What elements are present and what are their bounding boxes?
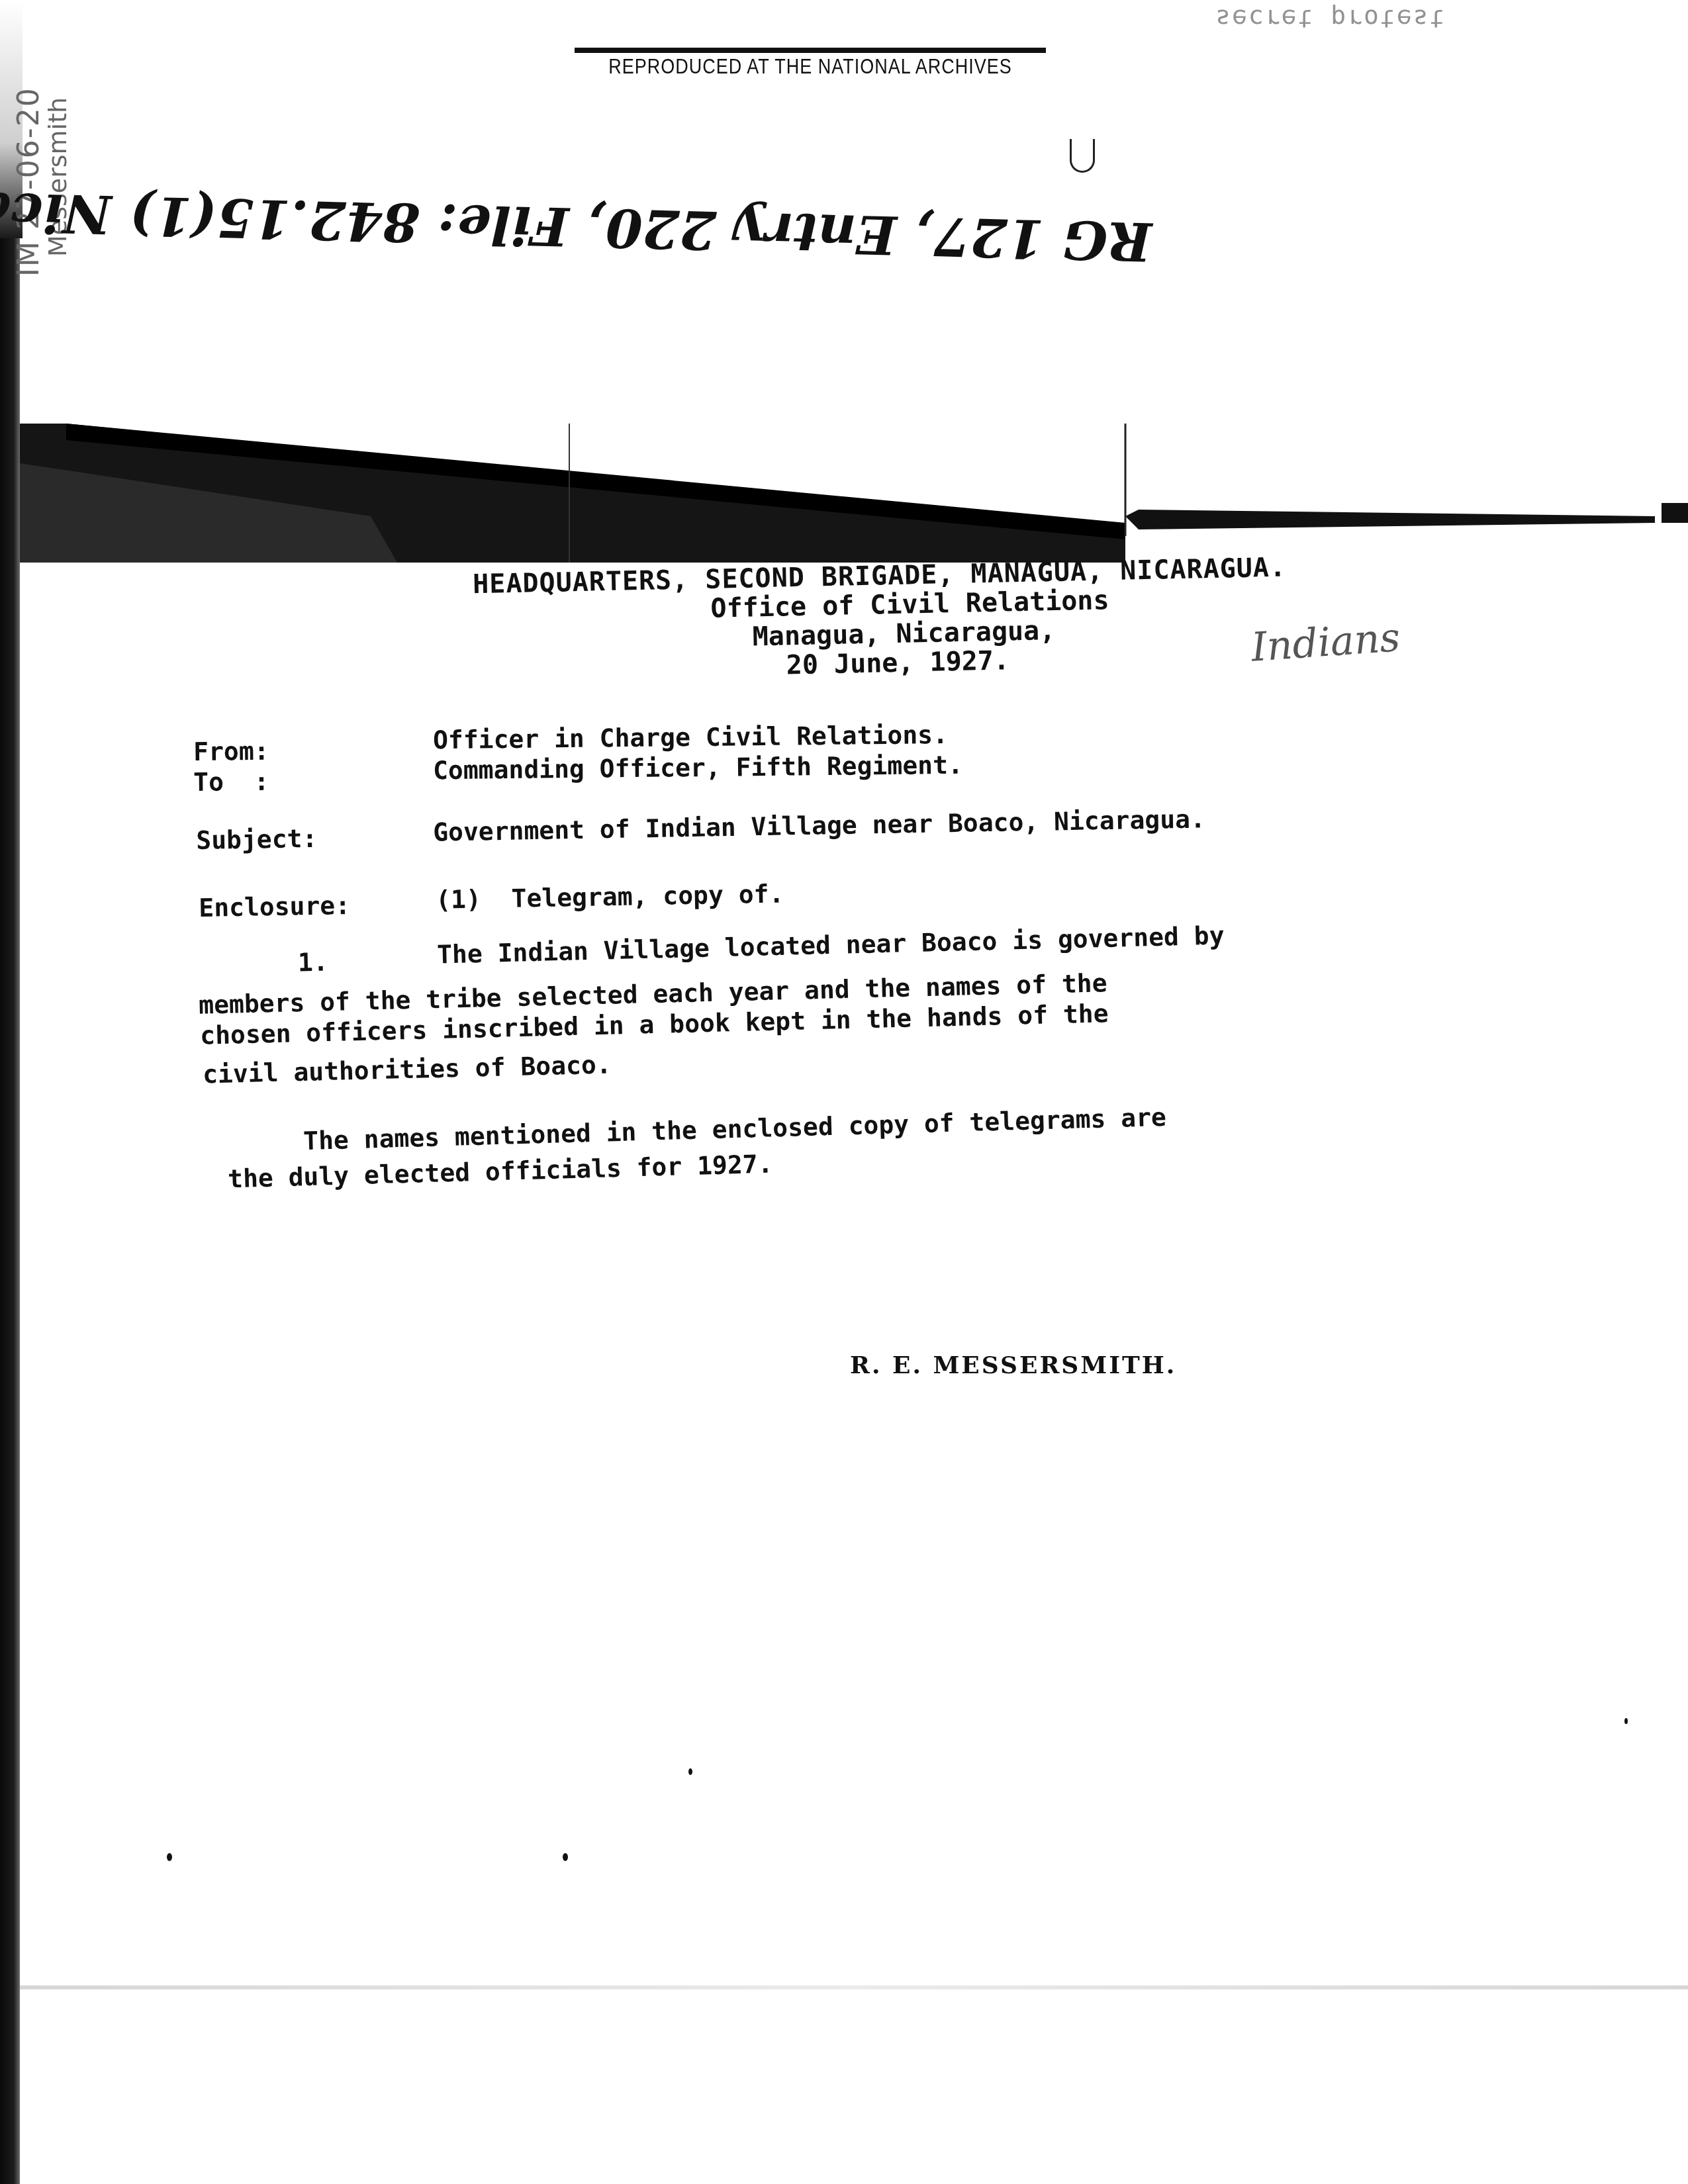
enclosure-label: Enclosure: <box>199 891 351 923</box>
mirrored-stamp-text: secret protest <box>1215 4 1446 33</box>
archive-stamp-bar <box>575 48 1046 53</box>
binding-edge <box>0 0 20 2184</box>
from-label: From: <box>193 737 269 766</box>
ink-speck <box>167 1853 172 1861</box>
paragraph-2-line-2: the duly elected officials for 1927. <box>228 1154 773 1190</box>
page-bottom-edge <box>20 1985 1688 1989</box>
archive-stamp-label: REPRODUCED AT THE NATIONAL ARCHIVES <box>575 56 1046 79</box>
signature: R. E. MESSERSMITH. <box>850 1351 1176 1379</box>
letterhead: HEADQUARTERS, SECOND BRIGADE, MANAGUA, N… <box>396 551 1391 688</box>
paragraph-1-number: 1. <box>298 951 329 973</box>
to-label: To : <box>193 767 269 797</box>
paragraph-1-line-4: civil authorities of Boaco. <box>203 1054 612 1085</box>
to-value: Commanding Officer, Fifth Regiment. <box>433 751 963 785</box>
subject-label: Subject: <box>196 824 318 855</box>
folded-paper-shadow <box>0 424 1688 563</box>
enclosure-value: (1) Telegram, copy of. <box>436 880 784 915</box>
file-reference-note: RG 127, Entry 220, File: 842.15(1) Nicar… <box>13 181 1152 273</box>
arc-mark <box>1070 139 1095 173</box>
ink-speck <box>688 1768 692 1775</box>
paragraph-1-line-1: The Indian Village located near Boaco is… <box>437 925 1225 965</box>
paragraph-2-line-1: The names mentioned in the enclosed copy… <box>303 1107 1166 1152</box>
ink-speck <box>563 1853 568 1861</box>
subject-value: Government of Indian Village near Boaco,… <box>433 804 1205 846</box>
archive-stamp: REPRODUCED AT THE NATIONAL ARCHIVES <box>575 48 1046 77</box>
ink-speck <box>1624 1718 1628 1724</box>
from-value: Officer in Charge Civil Relations. <box>433 720 948 754</box>
